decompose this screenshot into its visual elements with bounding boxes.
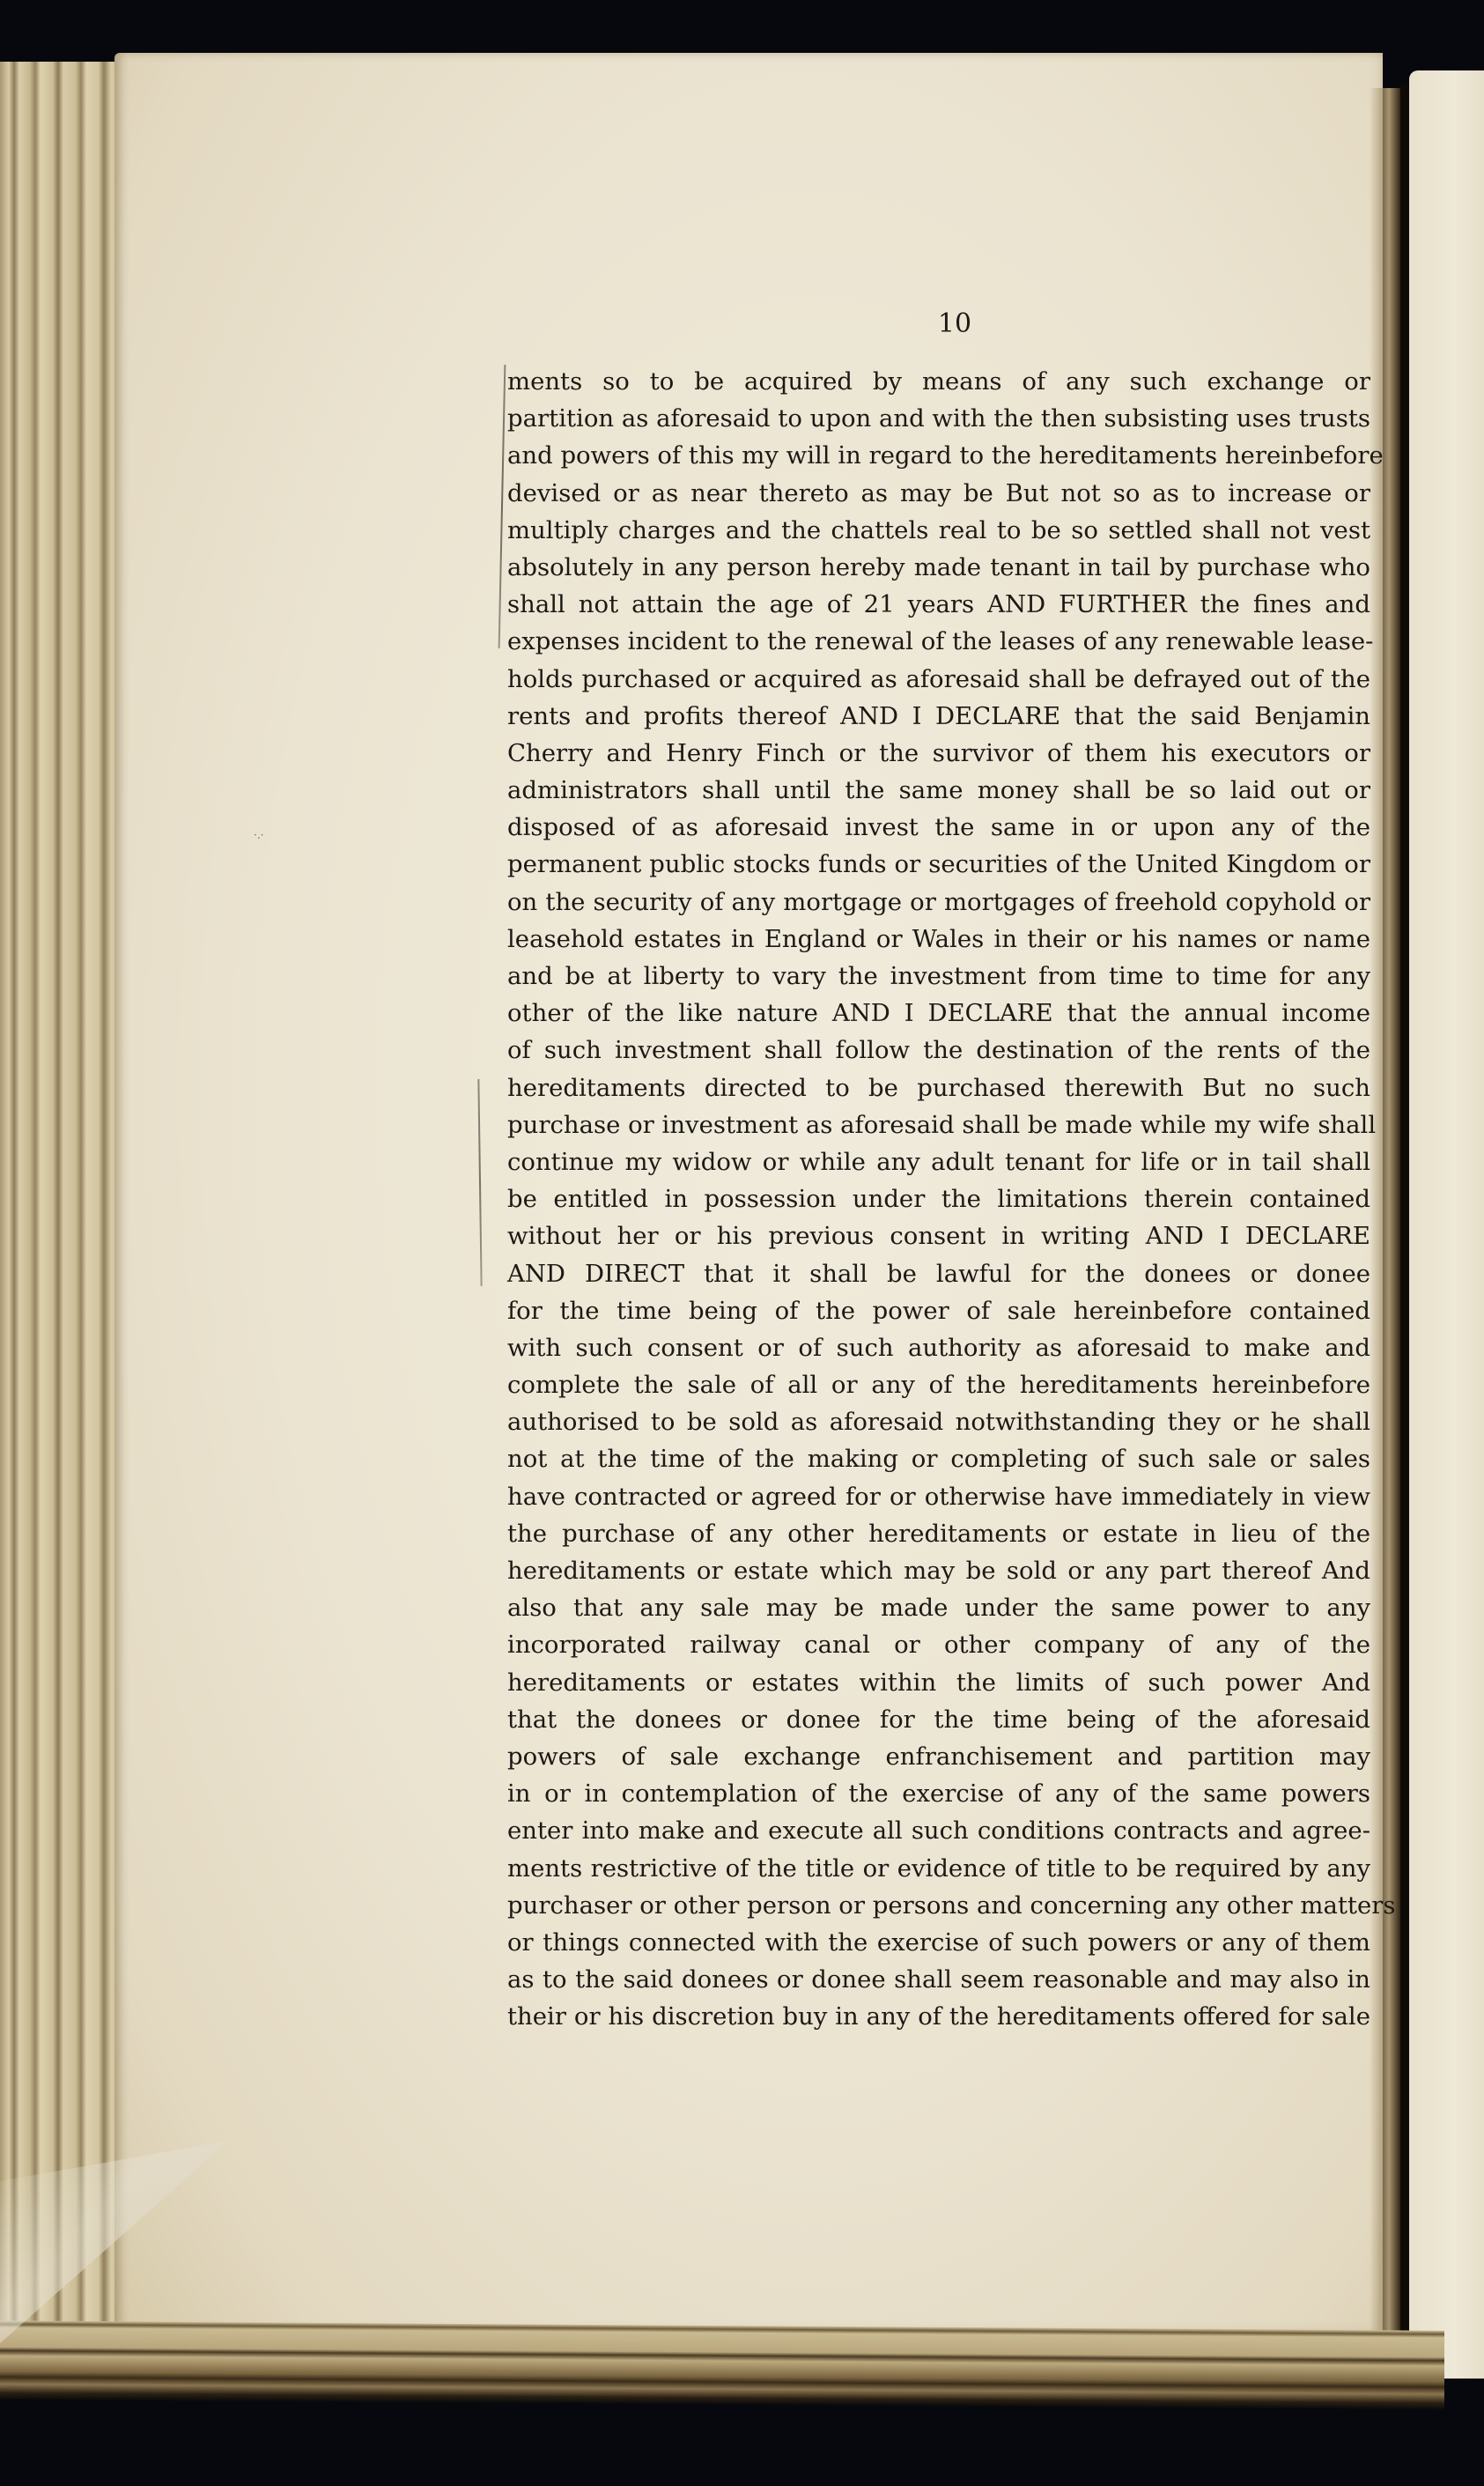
text-line: ments so to be acquired by means of any … [507, 363, 1370, 400]
page-number: 10 [937, 308, 972, 339]
text-line: have contracted or agreed for or otherwi… [507, 1478, 1370, 1515]
text-line: multiply charges and the chattels real t… [507, 512, 1370, 549]
text-line: expenses incident to the renewal of the … [507, 623, 1370, 660]
text-line: rents and profits thereof AND I DECLARE … [507, 698, 1370, 735]
text-line: hereditaments or estates within the limi… [507, 1664, 1370, 1701]
text-line: without her or his previous consent in w… [507, 1217, 1370, 1254]
text-line: devised or as near thereto as may be But… [507, 475, 1370, 512]
text-line: not at the time of the making or complet… [507, 1440, 1370, 1477]
text-line: complete the sale of all or any of the h… [507, 1366, 1370, 1403]
text-line: purchaser or other person or persons and… [507, 1887, 1370, 1924]
text-line: AND DIRECT that it shall be lawful for t… [507, 1255, 1370, 1292]
stacked-page-edges-bottom [0, 2320, 1444, 2409]
text-line: shall not attain the age of 21 years AND… [507, 586, 1370, 623]
text-line: of such investment shall follow the dest… [507, 1032, 1370, 1069]
text-line: other of the like nature AND I DECLARE t… [507, 995, 1370, 1032]
text-line: administrators shall until the same mone… [507, 772, 1370, 809]
text-line: be entitled in possession under the limi… [507, 1180, 1370, 1217]
text-line: and be at liberty to vary the investment… [507, 958, 1370, 995]
text-line: incorporated railway canal or other comp… [507, 1626, 1370, 1663]
text-line: enter into make and execute all such con… [507, 1812, 1370, 1849]
text-line: purchase or investment as aforesaid shal… [507, 1106, 1370, 1143]
gutter [1400, 84, 1409, 2357]
text-line: ments restrictive of the title or eviden… [507, 1850, 1370, 1887]
text-line: for the time being of the power of sale … [507, 1292, 1370, 1329]
text-line: that the donees or donee for the time be… [507, 1701, 1370, 1738]
text-line: disposed of as aforesaid invest the same… [507, 809, 1370, 846]
text-line: hereditaments or estate which may be sol… [507, 1552, 1370, 1589]
body-text: ments so to be acquired by means of any … [507, 363, 1370, 2035]
text-line: leasehold estates in England or Wales in… [507, 921, 1370, 958]
text-line: continue my widow or while any adult ten… [507, 1143, 1370, 1180]
text-line: authorised to be sold as aforesaid notwi… [507, 1403, 1370, 1440]
text-line: as to the said donees or donee shall see… [507, 1961, 1370, 1998]
text-line: with such consent or of such authority a… [507, 1329, 1370, 1366]
text-line: the purchase of any other hereditaments … [507, 1515, 1370, 1552]
text-line: on the security of any mortgage or mortg… [507, 884, 1370, 921]
text-line: absolutely in any person hereby made ten… [507, 549, 1370, 586]
stray-ink-mark: ·.· [254, 832, 269, 838]
text-line: permanent public stocks funds or securit… [507, 846, 1370, 883]
text-line: powers of sale exchange enfranchisement … [507, 1738, 1370, 1775]
text-line: partition as aforesaid to upon and with … [507, 400, 1370, 437]
facing-page-edge [1409, 70, 1484, 2379]
gutter-shadow [1370, 88, 1405, 2343]
text-line: also that any sale may be made under the… [507, 1589, 1370, 1626]
text-line: and powers of this my will in regard to … [507, 437, 1370, 474]
text-line: hereditaments directed to be purchased t… [507, 1069, 1370, 1106]
text-line: their or his discretion buy in any of th… [507, 1998, 1370, 2035]
text-line: in or in contemplation of the exercise o… [507, 1775, 1370, 1812]
text-line: holds purchased or acquired as aforesaid… [507, 661, 1370, 698]
text-line: Cherry and Henry Finch or the survivor o… [507, 735, 1370, 772]
text-line: or things connected with the exercise of… [507, 1924, 1370, 1961]
stacked-page-edges-left [0, 62, 132, 2396]
